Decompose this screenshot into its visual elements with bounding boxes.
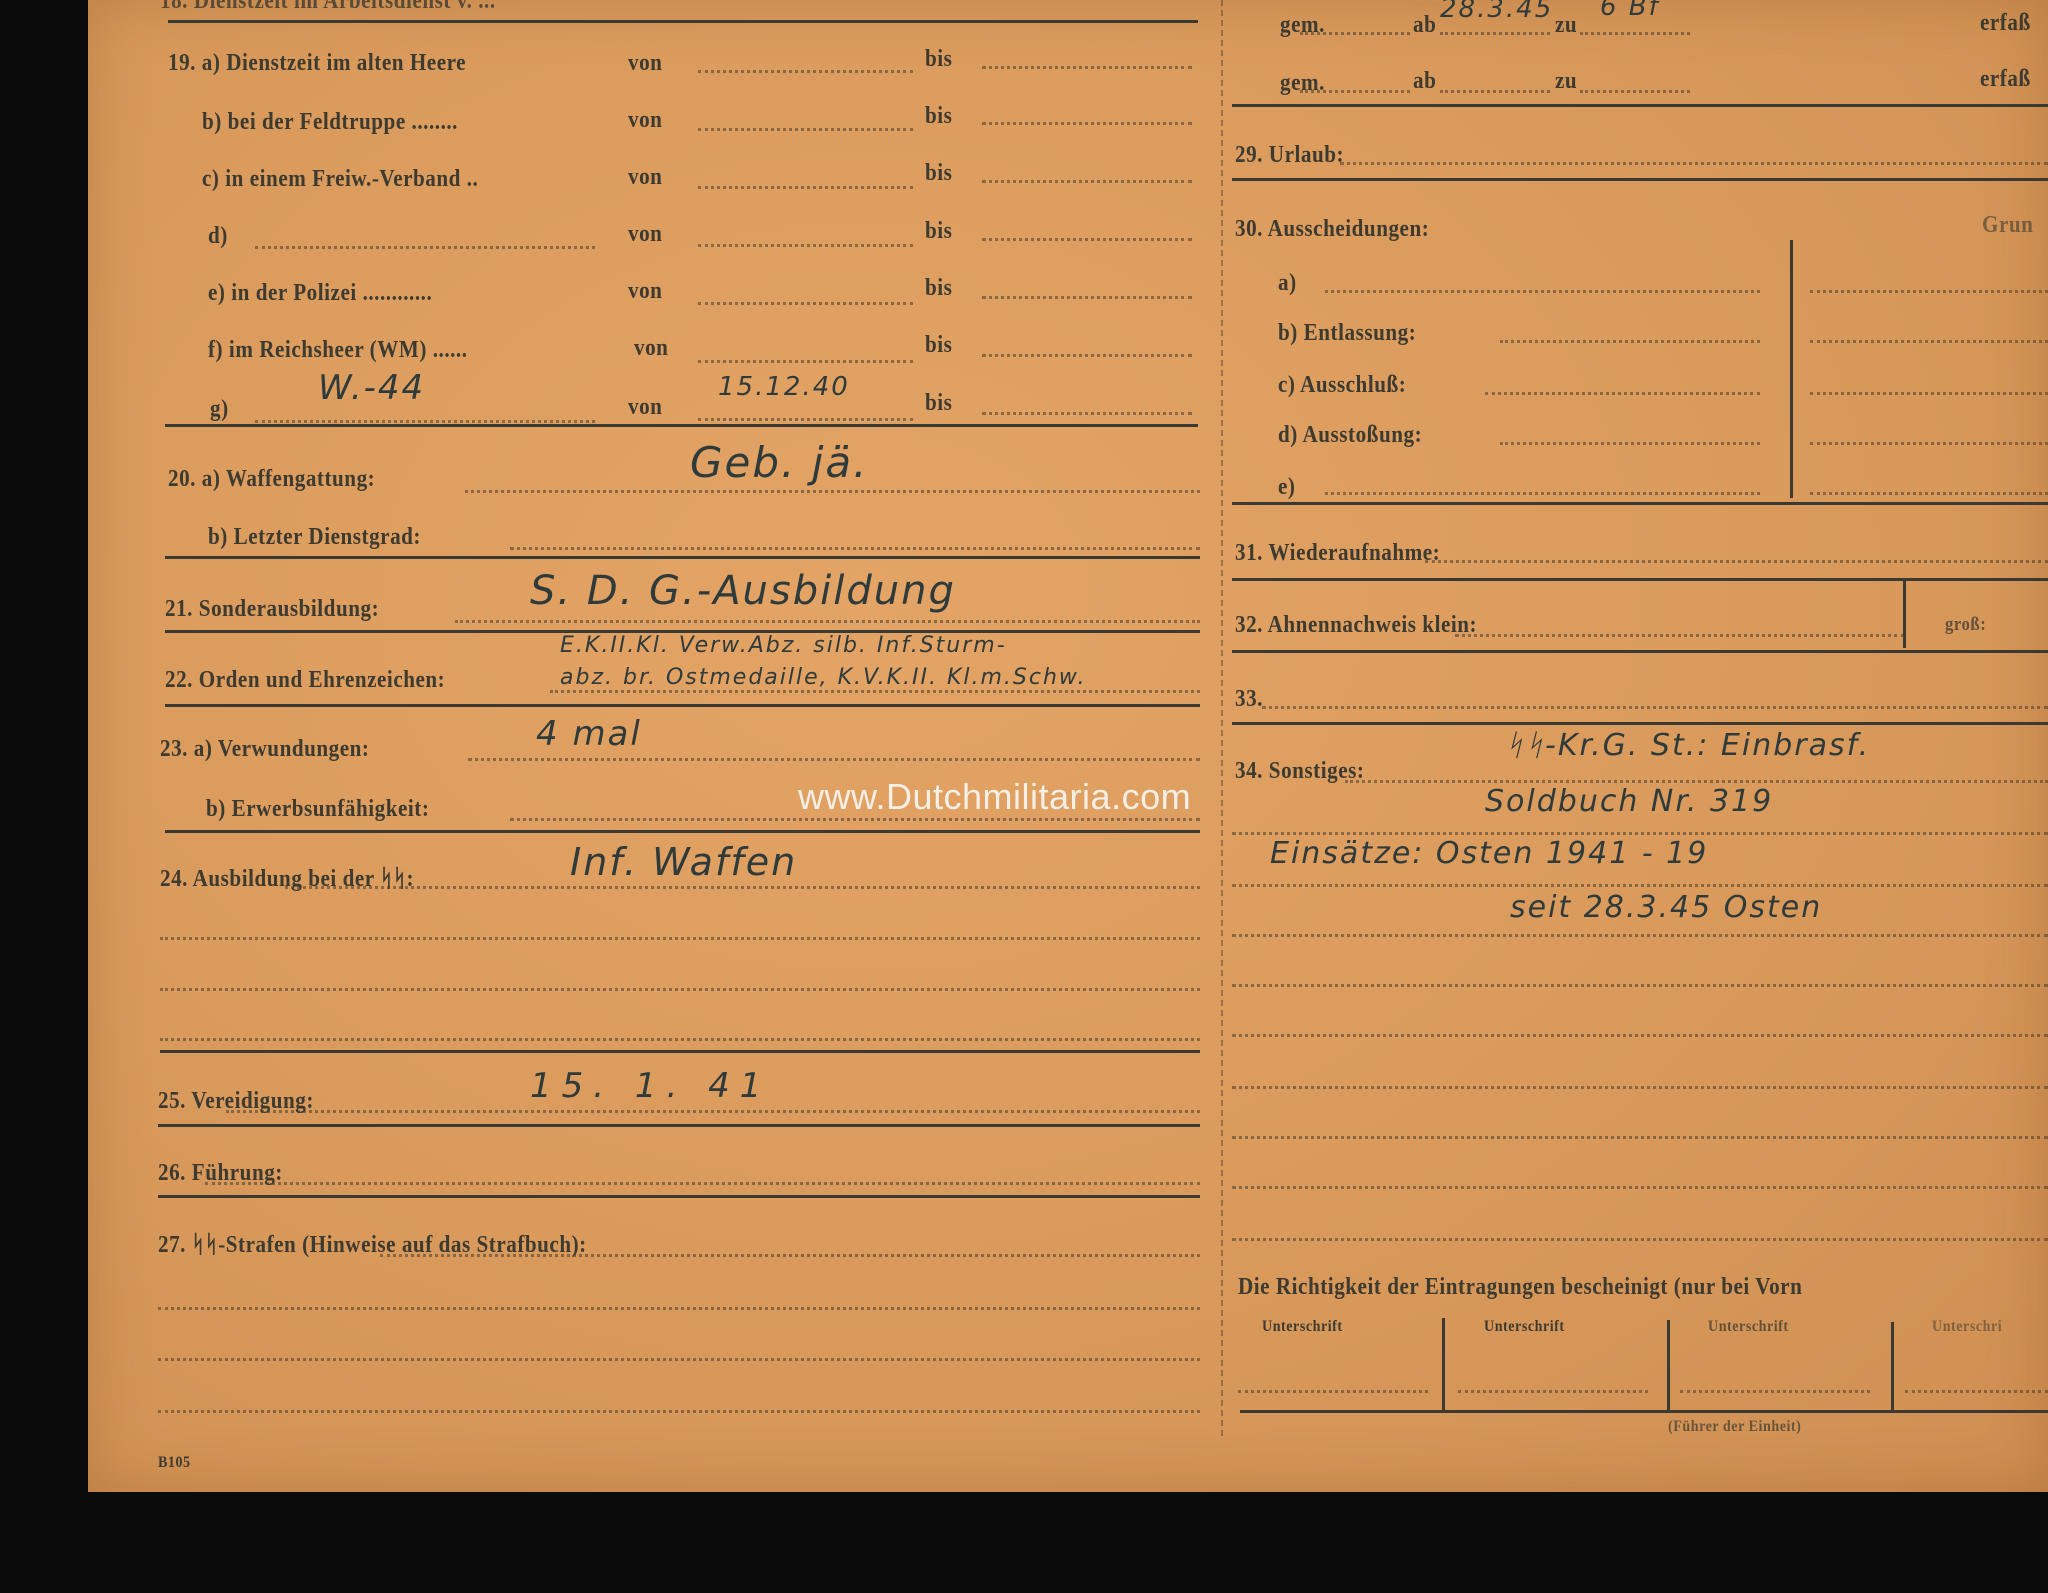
item34-field-6[interactable]	[1232, 1034, 2048, 1037]
item30d-label: d) Ausstoßung:	[1278, 422, 1422, 449]
item24-field-4[interactable]	[160, 1038, 1200, 1041]
item30d-field[interactable]	[1500, 442, 1760, 445]
signature-baseline	[1240, 1410, 2048, 1413]
item31-label: 31. Wiederaufnahme:	[1235, 540, 1440, 567]
item30a-grund-field[interactable]	[1810, 290, 2048, 293]
item31-field[interactable]	[1425, 560, 2048, 563]
item19d-bis-field[interactable]	[982, 238, 1192, 241]
item34-field-1[interactable]	[1345, 780, 2048, 783]
item28-row2-zu-field[interactable]	[1580, 90, 1690, 93]
unit-leader-caption: (Führer der Einheit)	[1668, 1418, 1801, 1436]
item24-value: Inf. Waffen	[570, 840, 797, 884]
item28-row1-zu-field[interactable]	[1580, 32, 1690, 35]
divider	[165, 830, 1200, 833]
item19c-von-field[interactable]	[698, 186, 913, 189]
item34-field-7[interactable]	[1232, 1086, 2048, 1089]
item20b-label: b) Letzter Dienstgrad:	[208, 524, 421, 551]
item28-row1-zu: zu	[1555, 12, 1577, 39]
item30e-field[interactable]	[1325, 492, 1760, 495]
item27-field-4[interactable]	[158, 1410, 1200, 1413]
item19d-label: d)	[208, 223, 228, 250]
item19b-label: b) bei der Feldtruppe ........	[202, 109, 458, 136]
divider	[160, 1050, 1200, 1053]
item30c-label: c) Ausschluß:	[1278, 372, 1406, 399]
signature-divider	[1442, 1318, 1445, 1410]
item22-value-line2: abz. br. Ostmedaille, K.V.K.II. Kl.m.Sch…	[560, 665, 1087, 690]
item28-row1-ab-field[interactable]	[1440, 32, 1550, 35]
item30a-label: a)	[1278, 270, 1297, 297]
item32-divider	[1903, 580, 1906, 648]
item19c-bis: bis	[925, 160, 952, 187]
item34-line3: Einsätze: Osten 1941 - 19	[1270, 836, 1708, 871]
item30-grund-header: Grun	[1982, 212, 2033, 239]
signature-field-1[interactable]	[1238, 1390, 1428, 1393]
divider	[1232, 104, 2048, 107]
item28-row2-zu: zu	[1555, 68, 1577, 95]
item22-value-line1: E.K.II.Kl. Verw.Abz. silb. Inf.Sturm-	[560, 633, 1007, 658]
divider	[1232, 178, 2048, 181]
signature-divider	[1891, 1322, 1894, 1412]
item23a-value: 4 mal	[536, 714, 642, 754]
item32-klein-field[interactable]	[1455, 634, 1905, 637]
item28-row2-ab: ab	[1413, 68, 1436, 95]
item21-label: 21. Sonderausbildung:	[165, 596, 379, 623]
divider	[158, 1124, 1200, 1127]
watermark: www.Dutchmilitaria.com	[798, 776, 1191, 818]
item19g-label: g)	[210, 396, 229, 423]
item19a-von: von	[628, 50, 662, 77]
signature-field-4[interactable]	[1905, 1390, 2048, 1393]
item30-label: 30. Ausscheidungen:	[1235, 216, 1429, 243]
item19f-label: f) im Reichsheer (WM) ......	[208, 337, 468, 364]
item34-line4: seit 28.3.45 Osten	[1510, 890, 1822, 925]
signature-divider	[1667, 1320, 1670, 1410]
item19a-bis-field[interactable]	[982, 66, 1192, 69]
item20b-field[interactable]	[510, 547, 1200, 550]
item24-field[interactable]	[285, 886, 1200, 889]
signature-label-2: Unterschrift	[1484, 1318, 1565, 1336]
item34-field-9[interactable]	[1232, 1186, 2048, 1189]
item19c-label: c) in einem Freiw.-Verband ..	[202, 166, 478, 193]
item22-label: 22. Orden und Ehrenzeichen:	[165, 667, 445, 694]
divider	[168, 20, 1198, 23]
item27-field[interactable]	[380, 1254, 1200, 1257]
item24-field-2[interactable]	[160, 937, 1200, 940]
item23a-field[interactable]	[468, 758, 1200, 761]
divider	[165, 424, 1198, 427]
item30c-grund-field[interactable]	[1810, 392, 2048, 395]
item27-field-3[interactable]	[158, 1358, 1200, 1361]
item30b-label: b) Entlassung:	[1278, 320, 1416, 347]
item19d-name-field[interactable]	[255, 246, 595, 249]
item34-field-5[interactable]	[1232, 984, 2048, 987]
signature-label-3: Unterschrift	[1708, 1318, 1789, 1336]
item29-label: 29. Urlaub:	[1235, 142, 1344, 169]
item28-row1-erfasst: erfaß	[1980, 10, 2031, 37]
item19g-bis-field[interactable]	[982, 412, 1192, 415]
item19g-von: von	[628, 394, 662, 421]
signature-label-1: Unterschrift	[1262, 1318, 1343, 1336]
item28-row1-ab-value: 28.3.45	[1440, 0, 1553, 24]
item19e-bis: bis	[925, 275, 952, 302]
item28-row1-zu-value: 6 Bf	[1600, 0, 1660, 22]
item19b-von: von	[628, 107, 662, 134]
item19g-handwritten-unit: W.-44	[318, 368, 425, 408]
item34-field-2[interactable]	[1232, 832, 2048, 835]
item28-row1-field[interactable]	[1300, 32, 1410, 35]
item19b-von-field[interactable]	[698, 128, 913, 131]
item18-label: 18. Dienstzeit im Arbeitsdienst v. ...	[160, 0, 496, 15]
item30b-grund-field[interactable]	[1810, 340, 2048, 343]
item19e-von-field[interactable]	[698, 302, 913, 305]
item19f-bis: bis	[925, 332, 952, 359]
item20a-value: Geb. jä.	[690, 438, 869, 487]
certification-text: Die Richtigkeit der Eintragungen beschei…	[1238, 1274, 1802, 1301]
divider	[158, 1195, 1200, 1198]
item34-field-8[interactable]	[1232, 1136, 2048, 1139]
item23b-field[interactable]	[510, 818, 1200, 821]
item19e-label: e) in der Polizei ............	[208, 280, 432, 307]
item30b-field[interactable]	[1500, 340, 1760, 343]
divider	[165, 704, 1200, 707]
divider	[165, 556, 1200, 559]
item19c-von: von	[628, 164, 662, 191]
item19a-von-field[interactable]	[698, 70, 913, 73]
item34-field-4[interactable]	[1232, 934, 2048, 937]
item19c-bis-field[interactable]	[982, 180, 1192, 183]
item19d-bis: bis	[925, 218, 952, 245]
item33-field[interactable]	[1262, 706, 2048, 709]
item30e-label: e)	[1278, 474, 1295, 501]
item19f-von-field[interactable]	[698, 360, 913, 363]
item30c-field[interactable]	[1485, 392, 1760, 395]
item28-row2-field[interactable]	[1300, 90, 1410, 93]
item19d-von-field[interactable]	[698, 244, 913, 247]
item29-field[interactable]	[1340, 162, 2048, 165]
item23b-label: b) Erwerbsunfähigkeit:	[206, 796, 429, 823]
item19b-bis: bis	[925, 103, 952, 130]
divider	[1232, 650, 2048, 653]
item25-value: 15. 1. 41	[530, 1066, 771, 1106]
item19g-name-field[interactable]	[255, 420, 595, 423]
item32-gross-label: groß:	[1945, 614, 1986, 636]
signature-field-2[interactable]	[1458, 1390, 1648, 1393]
item19f-von: von	[634, 335, 668, 362]
item19d-von: von	[628, 221, 662, 248]
item25-field[interactable]	[226, 1110, 1200, 1113]
item34-field-10[interactable]	[1232, 1238, 2048, 1241]
divider	[1232, 722, 2048, 725]
item23a-label: 23. a) Verwundungen:	[160, 736, 369, 763]
item32-label: 32. Ahnennachweis klein:	[1235, 612, 1477, 639]
signature-label-4: Unterschri	[1932, 1318, 2002, 1336]
item28-row2-erfasst: erfaß	[1980, 66, 2031, 93]
item19f-bis-field[interactable]	[982, 354, 1192, 357]
item19g-bis: bis	[925, 390, 952, 417]
item34-field-3[interactable]	[1232, 884, 2048, 887]
item26-field[interactable]	[205, 1182, 1200, 1185]
item24-field-3[interactable]	[160, 988, 1200, 991]
divider	[1232, 578, 2048, 581]
signature-field-3[interactable]	[1680, 1390, 1870, 1393]
item20a-field[interactable]	[465, 490, 1200, 493]
item30-column-divider	[1790, 240, 1793, 498]
item22-field[interactable]	[550, 690, 1200, 693]
item19a-label: 19. a) Dienstzeit im alten Heere	[168, 50, 466, 77]
item21-value: S. D. G.-Ausbildung	[530, 568, 956, 614]
item33-label: 33.	[1235, 686, 1263, 713]
column-separator	[1221, 0, 1223, 1436]
item20a-label: 20. a) Waffengattung:	[168, 466, 375, 493]
item30d-grund-field[interactable]	[1810, 442, 2048, 445]
item19g-von-field[interactable]	[698, 418, 913, 421]
form-code: B105	[158, 1454, 191, 1472]
item30a-field[interactable]	[1325, 290, 1760, 293]
item19e-bis-field[interactable]	[982, 296, 1192, 299]
item19b-bis-field[interactable]	[982, 122, 1192, 125]
item34-line2: Soldbuch Nr. 319	[1485, 784, 1773, 819]
item19e-von: von	[628, 278, 662, 305]
item21-field[interactable]	[455, 620, 1200, 623]
item27-field-2[interactable]	[158, 1307, 1200, 1310]
item30e-grund-field[interactable]	[1810, 492, 2048, 495]
item19g-von-value: 15.12.40	[718, 372, 850, 402]
item28-row1-ab: ab	[1413, 12, 1436, 39]
item28-row2-ab-field[interactable]	[1440, 90, 1550, 93]
item34-line1: ᛋᛋ-Kr.G. St.: Einbrasf.	[1505, 728, 1870, 763]
item19a-bis: bis	[925, 46, 952, 73]
divider	[1232, 502, 2048, 505]
